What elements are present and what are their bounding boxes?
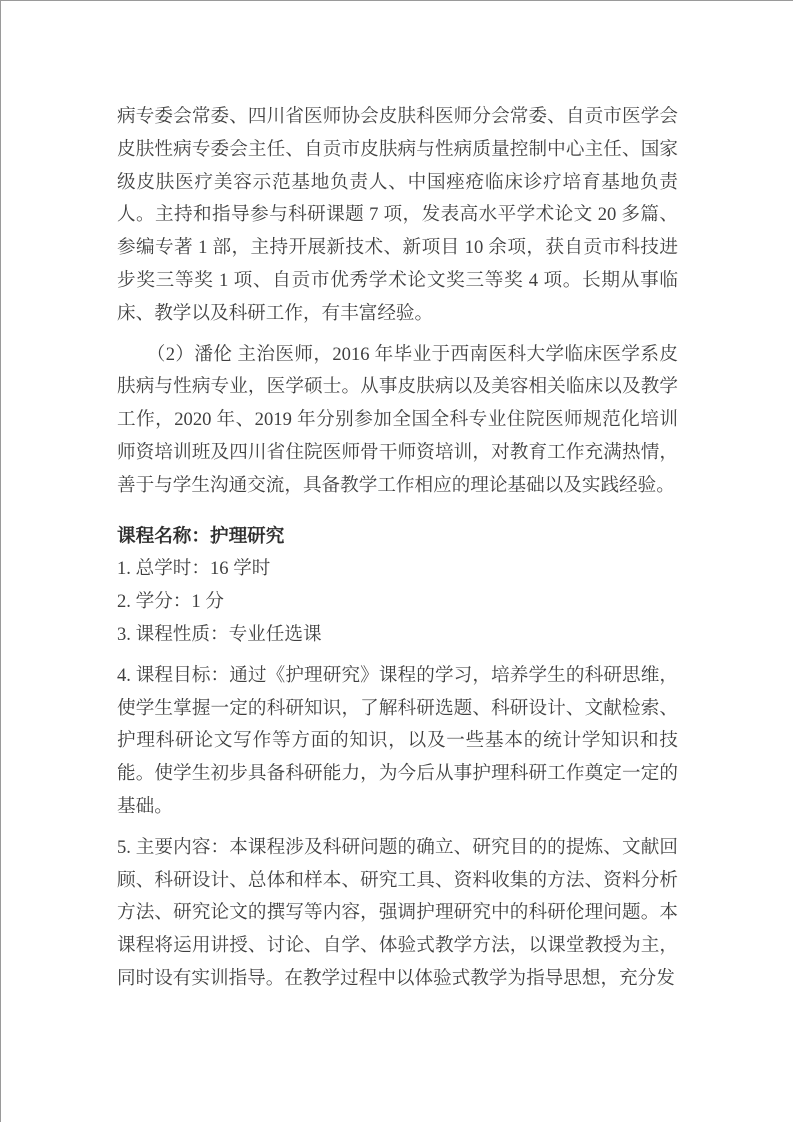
course-item-credits: 2. 学分：1 分 [117,586,678,619]
course-item-course-type: 3. 课程性质：专业任选课 [117,619,678,652]
instructor-bio-paragraph: （2）潘伦 主治医师，2016 年毕业于西南医科大学临床医学系皮肤病与性病专业，… [117,339,678,503]
document-content: 病专委会常委、四川省医师协会皮肤科医师分会常委、自贡市医学会皮肤性病专委会主任、… [1,1,793,996]
course-item-main-content: 5. 主要内容：本课程涉及科研问题的确立、研究目的的提炼、文献回顾、科研设计、总… [117,832,678,996]
course-name-heading: 课程名称：护理研究 [117,521,678,554]
course-item-total-hours: 1. 总学时：16 学时 [117,553,678,586]
course-item-objectives: 4. 课程目标：通过《护理研究》课程的学习，培养学生的科研思维，使学生掌握一定的… [117,660,678,824]
document-page: 病专委会常委、四川省医师协会皮肤科医师分会常委、自贡市医学会皮肤性病专委会主任、… [0,0,793,1122]
bio-continuation-paragraph: 病专委会常委、四川省医师协会皮肤科医师分会常委、自贡市医学会皮肤性病专委会主任、… [117,101,678,331]
